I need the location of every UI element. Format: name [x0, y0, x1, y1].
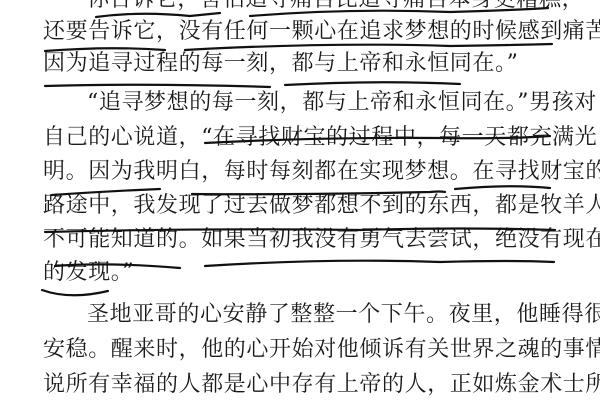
text-line: 明。因为我明白，每时每刻都在实现梦想。在寻找财宝的 — [43, 159, 558, 185]
paragraph-start-line: “追寻梦想的每一刻，都与上帝和永恒同在。”男孩对 — [87, 90, 558, 116]
text-line: 还要告诉它，没有任何一颗心在追求梦想的时候感到痛苦， — [43, 19, 558, 45]
book-page: 你告诉它，害怕追寻痛苦比追寻痛苦本身更糟糕， 还要告诉它，没有任何一颗心在追求梦… — [0, 0, 600, 400]
text-line: 不可能知道的。如果当初我没有勇气去尝试，绝没有现在 — [43, 227, 558, 253]
text-line-clipped-top: 你告诉它，害怕追寻痛苦比追寻痛苦本身更糟糕， — [87, 0, 558, 13]
text-line: 的发现。” — [43, 260, 558, 286]
text-line-clipped-bottom: 说所有幸福的人都是心中存有上帝的人，正如炼金术士所 — [43, 372, 558, 398]
text-line: 因为追寻过程的每一刻，都与上帝和永恒同在。” — [43, 51, 558, 77]
paragraph-start-line: 圣地亚哥的心安静了整整一个下午。夜里，他睡得很 — [87, 302, 558, 328]
text-line: 自己的心说道，“在寻找财宝的过程中，每一天都充满光 — [43, 125, 558, 151]
text-line: 路途中，我发现了过去做梦都想不到的东西，都是牧羊人 — [43, 193, 558, 219]
text-line: 安稳。醒来时，他的心开始对他倾诉有关世界之魂的事情， — [43, 337, 558, 363]
